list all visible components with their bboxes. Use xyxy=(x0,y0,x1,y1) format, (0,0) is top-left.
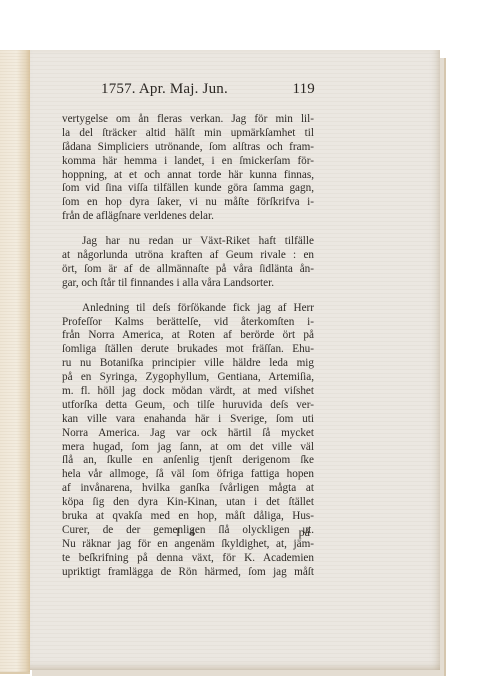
text-line: upriktigt framlägga de Rön härmed, ſom j… xyxy=(62,566,314,580)
text-line: ſom vid ſina viſſa tilfällen kunde göra … xyxy=(62,182,314,196)
text-line: gar, och ſtår til finnandes i alla våra … xyxy=(62,277,314,291)
page-footer: I 4 på xyxy=(62,525,314,541)
text-line: ru nu Botaniſka principier ville häldre … xyxy=(62,357,314,371)
signature-mark: I 4 xyxy=(176,525,198,540)
paragraph-2: Jag har nu redan ur Växt-Riket haft tilf… xyxy=(62,235,314,291)
paragraph-1: vertygelse om ån fleras verkan. Jag för … xyxy=(62,113,314,224)
text-line: Anledning til deſs förſökande fick jag a… xyxy=(62,302,314,316)
text-line: kan ville vara enahanda här i Sverige, ſ… xyxy=(62,413,314,427)
text-line: la del ſträcker altid hälſt min upmärkſa… xyxy=(62,127,314,141)
text-line: ſom en hop dyra ſaker, vi nu måſte förſk… xyxy=(62,196,314,210)
text-line: ört, ſom är af de allmännaſte på våra ſi… xyxy=(62,263,314,277)
text-line: bruka at qvakſa med en hop, måſt dåliga,… xyxy=(62,510,314,524)
text-line: mera hugad, ſom jag ſann, at om det vill… xyxy=(62,441,314,455)
catchword: på xyxy=(299,525,310,540)
header-dates: 1757. Apr. Maj. Jun. xyxy=(101,81,228,98)
text-line: från Norra America, at Roten af berörde … xyxy=(62,329,314,343)
text-line: af invånarena, hvilka ganſka ſvårligen m… xyxy=(62,482,314,496)
page-number: 119 xyxy=(292,81,315,98)
running-header: 1757. Apr. Maj. Jun. 119 xyxy=(101,81,315,101)
text-line: ſådana Simpliciers utrönande, ſom alſtra… xyxy=(62,141,314,155)
text-line: på en Syringa, Zygophyllum, Gentiana, Ar… xyxy=(62,371,314,385)
text-line: Norra America. Jag var ock härtil ſå myc… xyxy=(62,427,314,441)
text-line: vertygelse om ån fleras verkan. Jag för … xyxy=(62,113,314,127)
text-line: m. fl. höll jag dock mödan värdt, at med… xyxy=(62,385,314,399)
body-text: vertygelse om ån fleras verkan. Jag för … xyxy=(62,113,314,580)
text-line: te beſkrifning på denna växt, för K. Aca… xyxy=(62,552,314,566)
text-line: hoppning, at et och annat torde här kunn… xyxy=(62,169,314,183)
text-line: hela vår allmoge, ſå väl ſom öfriga fatt… xyxy=(62,468,314,482)
text-line: från de aflägſnare verldenes delar. xyxy=(62,210,314,224)
text-line: utforſka detta Geum, och tilſe huruvida … xyxy=(62,399,314,413)
text-line: komma här hemma i landet, i en ſmickerſa… xyxy=(62,155,314,169)
text-line: ſomliga ſtällen derute brukades mot fräſ… xyxy=(62,343,314,357)
text-line: at någorlunda utröna kraften af Geum riv… xyxy=(62,249,314,263)
text-line: Profeſſor Kalms berättelſe, vid återkomſ… xyxy=(62,316,314,330)
text-line: Jag har nu redan ur Växt-Riket haft tilf… xyxy=(62,235,314,249)
left-page-edge xyxy=(0,50,30,674)
text-line: ſlå an, ſkulle en anſenlig tjenſt derige… xyxy=(62,454,314,468)
text-line: köpa ſig den dyra Kin-Kinan, utan i det … xyxy=(62,496,314,510)
